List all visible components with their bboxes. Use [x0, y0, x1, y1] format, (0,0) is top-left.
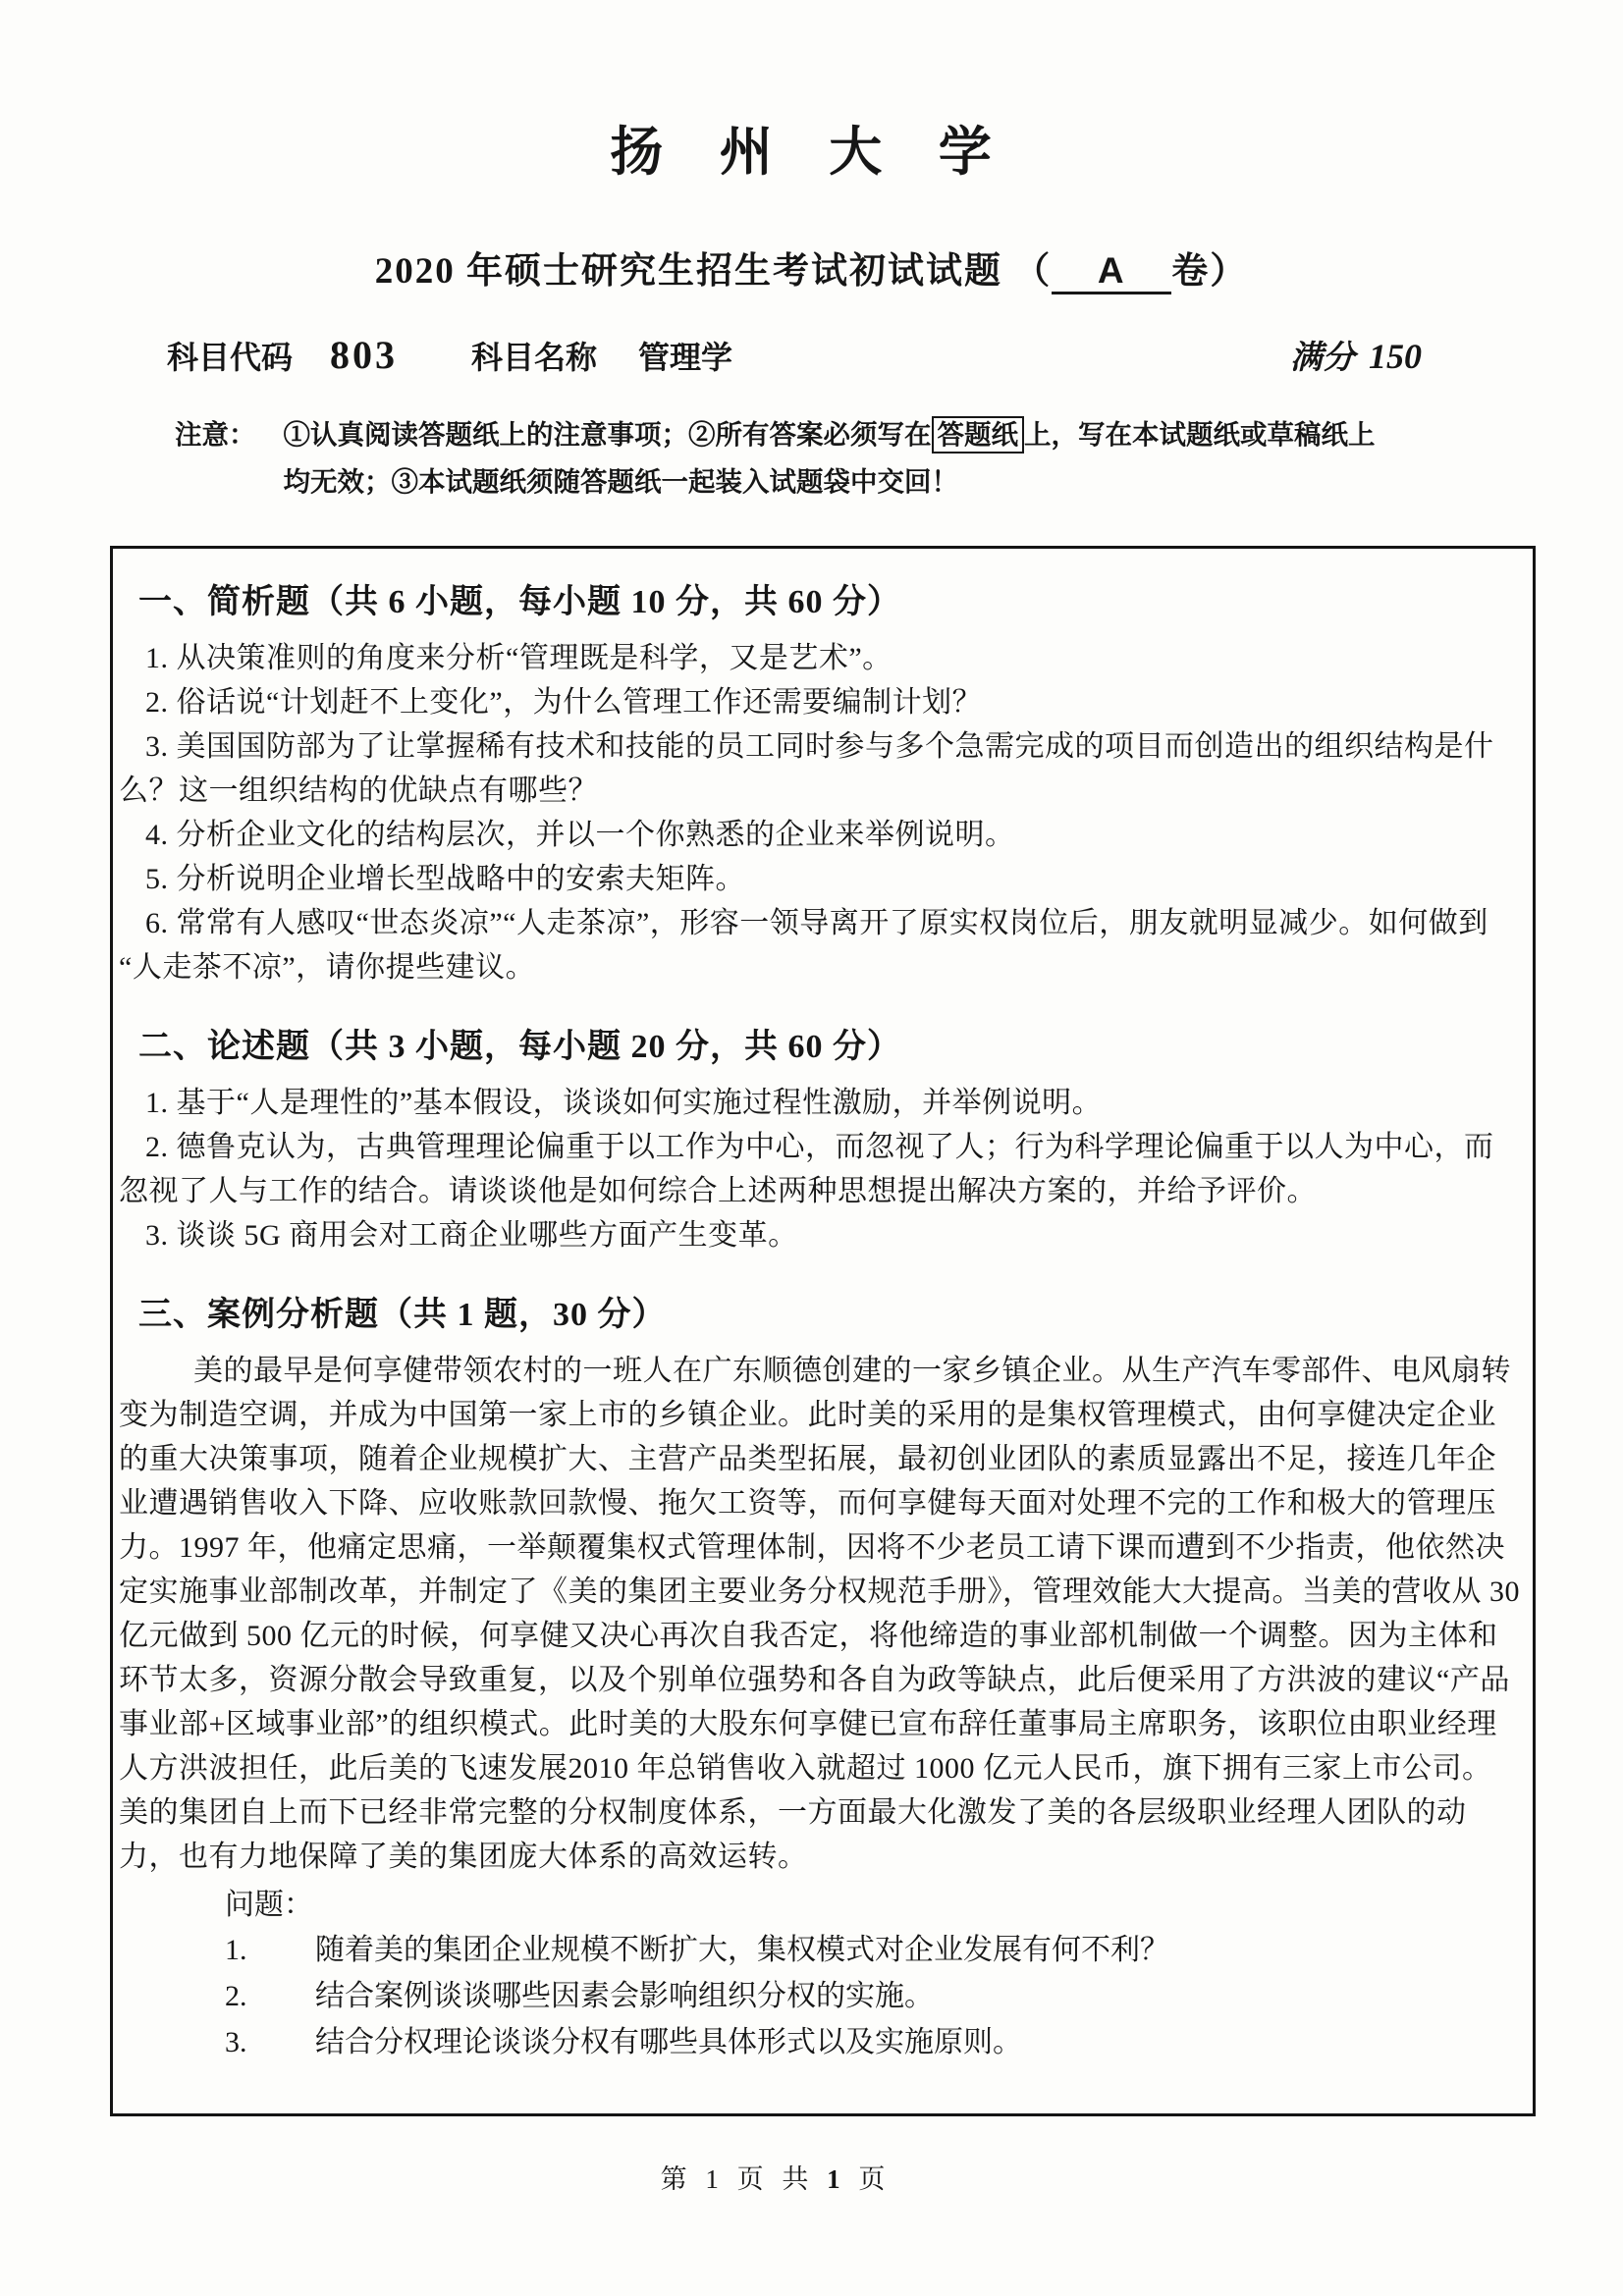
question-number: 3.	[225, 2019, 315, 2065]
case-question: 2. 结合案例谈谈哪些因素会影响组织分权的实施。	[119, 1973, 1521, 2019]
section-3-heading: 三、案例分析题（共 1 题，30 分）	[119, 1287, 1521, 1335]
question-item: 6. 常常有人感叹“世态炎凉”“人走茶凉”，形容一领导离开了原实权岗位后，朋友就…	[119, 901, 1521, 989]
case-question: 1. 随着美的集团企业规模不断扩大，集权模式对企业发展有何不利？	[119, 1927, 1521, 1973]
question-number: 2.	[225, 1973, 315, 2019]
question-item: 3. 美国国防部为了让掌握稀有技术和技能的员工同时参与多个急需完成的项目而创造出…	[119, 724, 1521, 813]
case-question: 3. 结合分权理论谈谈分权有哪些具体形式以及实施原则。	[119, 2019, 1521, 2065]
question-item: 1. 从决策准则的角度来分析“管理既是科学，又是艺术”。	[119, 636, 1521, 680]
page-footer: 第 1 页 共 1 页	[0, 2158, 1551, 2196]
notice-line2: 均无效；③本试题纸须随答题纸一起装入试题袋中交回！	[284, 458, 1376, 506]
question-item: 2. 德鲁克认为，古典管理理论偏重于以工作为中心，而忽视了人；行为科学理论偏重于…	[119, 1125, 1521, 1213]
full-score-value: 150	[1369, 337, 1422, 376]
notice: 注意： ①认真阅读答题纸上的注意事项；②所有答案必须写在答题纸上，写在本试题纸或…	[0, 411, 1623, 506]
footer-page-total: 1	[827, 2164, 846, 2194]
notice-line1-text-after: 上，写在本试题纸或草稿纸上	[1024, 419, 1376, 450]
question-box: 一、简析题（共 6 小题，每小题 10 分，共 60 分） 1. 从决策准则的角…	[110, 546, 1536, 2116]
full-score: 满分150	[1290, 332, 1422, 378]
exam-sheet: 扬 州 大 学 2020 年硕士研究生招生考试初试试题 （A卷） 科目代码 80…	[0, 0, 1623, 2296]
questions-label: 问题：	[119, 1883, 1521, 1927]
question-item: 1. 基于“人是理性的”基本假设，谈谈如何实施过程性激励，并举例说明。	[119, 1081, 1521, 1125]
notice-line1-text: ①认真阅读答题纸上的注意事项；②所有答案必须写在	[284, 419, 932, 450]
footer-page-current: 1	[705, 2164, 725, 2194]
exam-subtitle-pre: 2020 年硕士研究生招生考试初试试题 （	[375, 251, 1053, 292]
university-title: 扬 州 大 学	[0, 110, 1623, 186]
exam-subtitle-post: 卷）	[1171, 251, 1248, 292]
notice-label: 注意：	[175, 411, 256, 506]
question-text: 随着美的集团企业规模不断扩大，集权模式对企业发展有何不利？	[315, 1927, 1169, 1973]
question-item: 2. 俗话说“计划赶不上变化”，为什么管理工作还需要编制计划？	[119, 680, 1521, 724]
question-item: 3. 谈谈 5G 商用会对工商企业哪些方面产生变革。	[119, 1213, 1521, 1257]
subject-name: 管理学	[638, 333, 732, 378]
answer-sheet-boxed-term: 答题纸	[932, 416, 1025, 454]
full-score-label: 满分	[1290, 341, 1355, 376]
question-text: 结合案例谈谈哪些因素会影响组织分权的实施。	[315, 1973, 934, 2019]
section-2-heading: 二、论述题（共 3 小题，每小题 20 分，共 60 分）	[119, 1019, 1521, 1067]
subject-code-label: 科目代码	[167, 333, 293, 378]
notice-body: ①认真阅读答题纸上的注意事项；②所有答案必须写在答题纸上，写在本试题纸或草稿纸上…	[284, 411, 1376, 506]
question-number: 1.	[225, 1927, 315, 1973]
exam-subtitle: 2020 年硕士研究生招生考试初试试题 （A卷）	[0, 240, 1623, 294]
subject-code: 803	[330, 332, 398, 378]
paper-variant: A	[1052, 250, 1171, 294]
section-1-heading: 一、简析题（共 6 小题，每小题 10 分，共 60 分）	[119, 574, 1521, 622]
footer-prefix: 第	[661, 2164, 693, 2194]
question-item: 4. 分析企业文化的结构层次，并以一个你熟悉的企业来举例说明。	[119, 813, 1521, 857]
notice-line1: ①认真阅读答题纸上的注意事项；②所有答案必须写在答题纸上，写在本试题纸或草稿纸上	[284, 411, 1376, 458]
question-item: 5. 分析说明企业增长型战略中的安索夫矩阵。	[119, 857, 1521, 901]
subject-line: 科目代码 803 科目名称 管理学 满分150	[0, 332, 1623, 378]
subject-name-label: 科目名称	[471, 333, 597, 378]
case-paragraph: 美的最早是何享健带领农村的一班人在广东顺德创建的一家乡镇企业。从生产汽车零部件、…	[119, 1349, 1521, 1879]
footer-suffix: 页	[858, 2164, 891, 2194]
footer-middle: 页 共	[737, 2164, 815, 2194]
question-text: 结合分权理论谈谈分权有哪些具体形式以及实施原则。	[315, 2019, 1022, 2065]
